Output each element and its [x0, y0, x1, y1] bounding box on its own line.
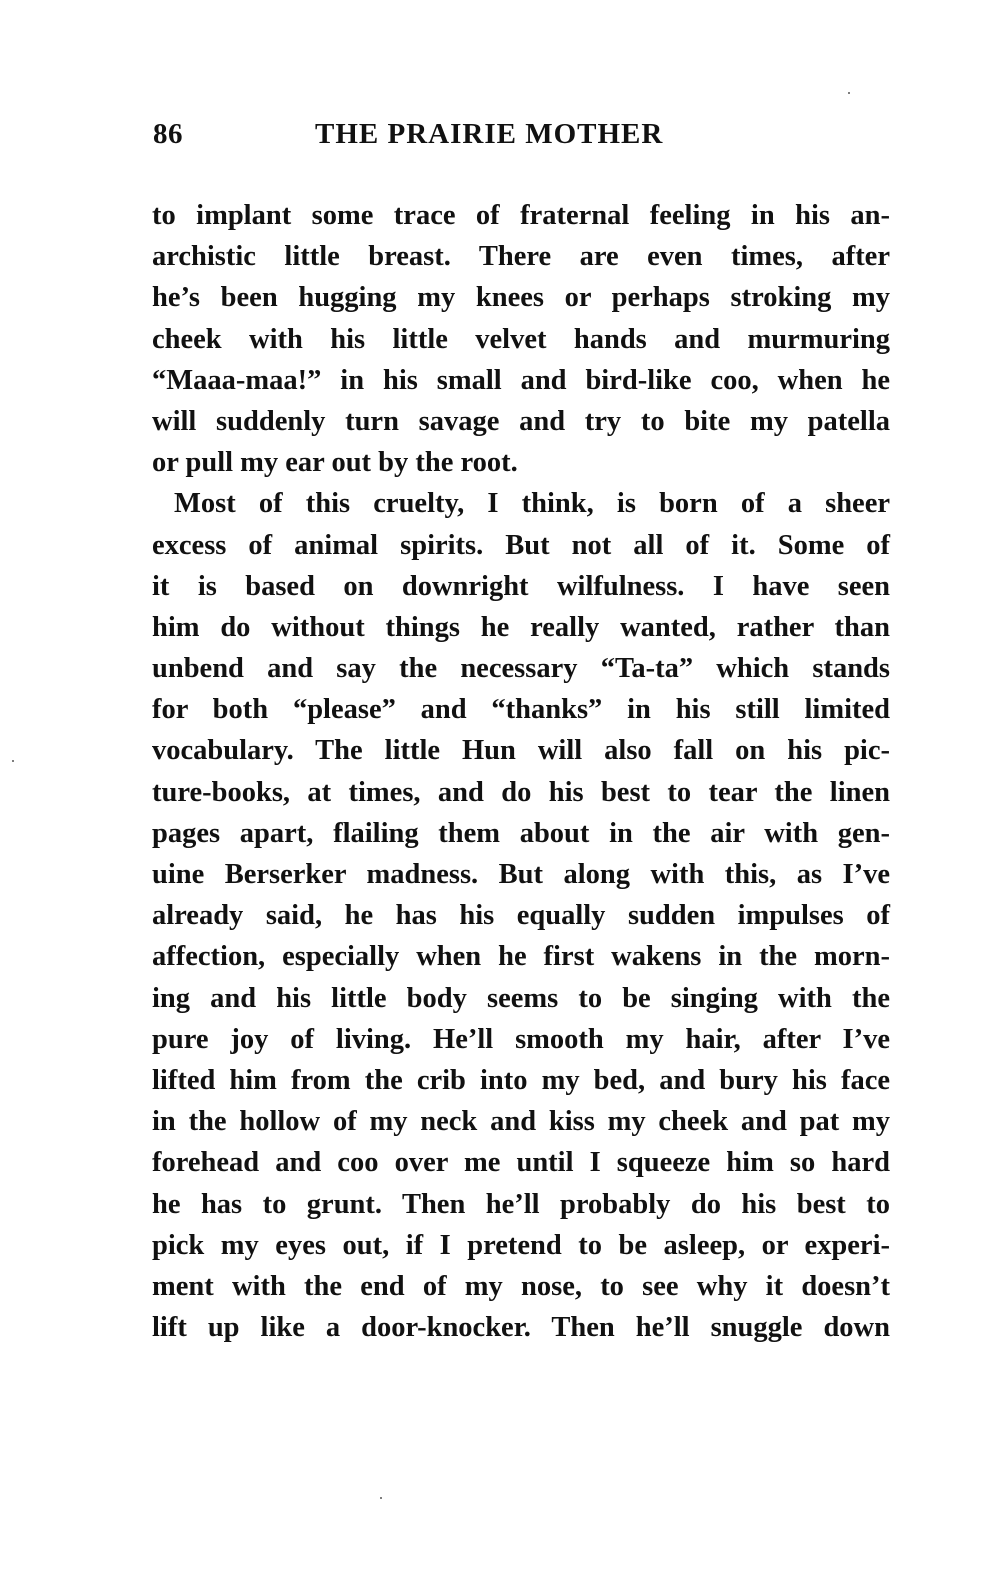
text-line: ment with the end of my nose, to see why… [152, 1266, 890, 1307]
text-line: pick my eyes out, if I pretend to be asl… [152, 1225, 890, 1266]
text-line: for both “please” and “thanks” in his st… [152, 689, 890, 730]
book-page: 86 THE PRAIRIE MOTHER to implant some tr… [0, 0, 1000, 1573]
scan-speck [12, 760, 14, 762]
text-line: archistic little breast. There are even … [152, 236, 890, 277]
text-line: pure joy of living. He’ll smooth my hair… [152, 1019, 890, 1060]
text-line: Most of this cruelty, I think, is born o… [152, 483, 890, 524]
running-head: 86 THE PRAIRIE MOTHER [150, 118, 890, 158]
text-line: will suddenly turn savage and try to bit… [152, 401, 890, 442]
text-line: ing and his little body seems to be sing… [152, 978, 890, 1019]
text-line: he’s been hugging my knees or perhaps st… [152, 277, 890, 318]
text-line: in the hollow of my neck and kiss my che… [152, 1101, 890, 1142]
page-number: 86 [153, 118, 183, 151]
text-line: to implant some trace of fraternal feeli… [152, 195, 890, 236]
text-line: pages apart, flailing them about in the … [152, 813, 890, 854]
paragraph-1: to implant some trace of fraternal feeli… [152, 195, 890, 483]
text-line: lift up like a door-knocker. Then he’ll … [152, 1307, 890, 1348]
paragraph-2: Most of this cruelty, I think, is born o… [152, 483, 890, 1348]
scan-speck [848, 92, 850, 94]
text-line: already said, he has his equally sudden … [152, 895, 890, 936]
text-line: vocabulary. The little Hun will also fal… [152, 730, 890, 771]
text-line: him do without things he really wanted, … [152, 607, 890, 648]
text-line: forehead and coo over me until I squeeze… [152, 1142, 890, 1183]
text-line: affection, especially when he first wake… [152, 936, 890, 977]
running-title: THE PRAIRIE MOTHER [315, 118, 663, 151]
text-line: it is based on downright wilfulness. I h… [152, 566, 890, 607]
text-line: cheek with his little velvet hands and m… [152, 319, 890, 360]
text-line: ture-books, at times, and do his best to… [152, 772, 890, 813]
text-line: unbend and say the necessary “Ta-ta” whi… [152, 648, 890, 689]
text-line: uine Berserker madness. But along with t… [152, 854, 890, 895]
scan-speck [380, 1497, 382, 1499]
text-line: or pull my ear out by the root. [152, 442, 890, 483]
text-line: he has to grunt. Then he’ll probably do … [152, 1184, 890, 1225]
text-line: “Maaa-maa!” in his small and bird-like c… [152, 360, 890, 401]
text-line: excess of animal spirits. But not all of… [152, 525, 890, 566]
text-line: lifted him from the crib into my bed, an… [152, 1060, 890, 1101]
body-text: to implant some trace of fraternal feeli… [152, 195, 890, 1348]
